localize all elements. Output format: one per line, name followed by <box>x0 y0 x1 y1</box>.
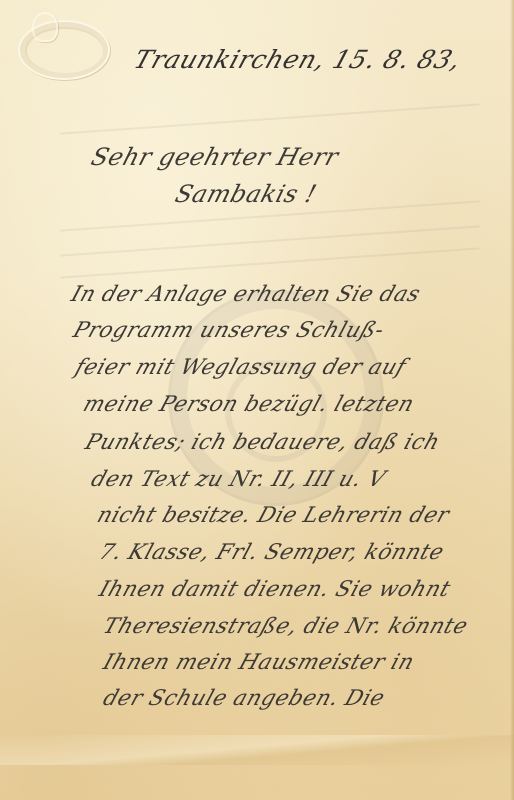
paper-edge <box>510 0 514 800</box>
place-date: Traunkirchen, 15. 8. 83, <box>130 45 465 74</box>
body-line: den Text zu Nr. II, III u. V <box>88 467 389 492</box>
body-line: der Schule angeben. Die <box>100 686 388 711</box>
embossed-seal-crest-icon <box>32 12 58 42</box>
body-line: meine Person bezügl. letzten <box>80 392 417 417</box>
salutation-line-2: Sambakis ! <box>172 180 320 208</box>
body-line: Punktes; ich bedauere, daß ich <box>82 430 443 455</box>
paper-fold <box>0 735 514 765</box>
salutation-line-1: Sehr geehrter Herr <box>88 143 342 171</box>
body-line: 7. Klasse, Frl. Semper, könnte <box>96 540 447 565</box>
body-line: Theresienstraße, die Nr. könnte <box>100 614 471 639</box>
body-line: Ihnen damit dienen. Sie wohnt <box>96 577 454 602</box>
body-line: nicht besitze. Die Lehrerin der <box>94 503 453 528</box>
body-line: Ihnen mein Hausmeister in <box>100 650 418 675</box>
body-line: In der Anlage erhalten Sie das <box>68 282 424 307</box>
body-line: feier mit Weglassung der auf <box>72 355 409 380</box>
body-line: Programm unseres Schluß- <box>70 318 388 343</box>
